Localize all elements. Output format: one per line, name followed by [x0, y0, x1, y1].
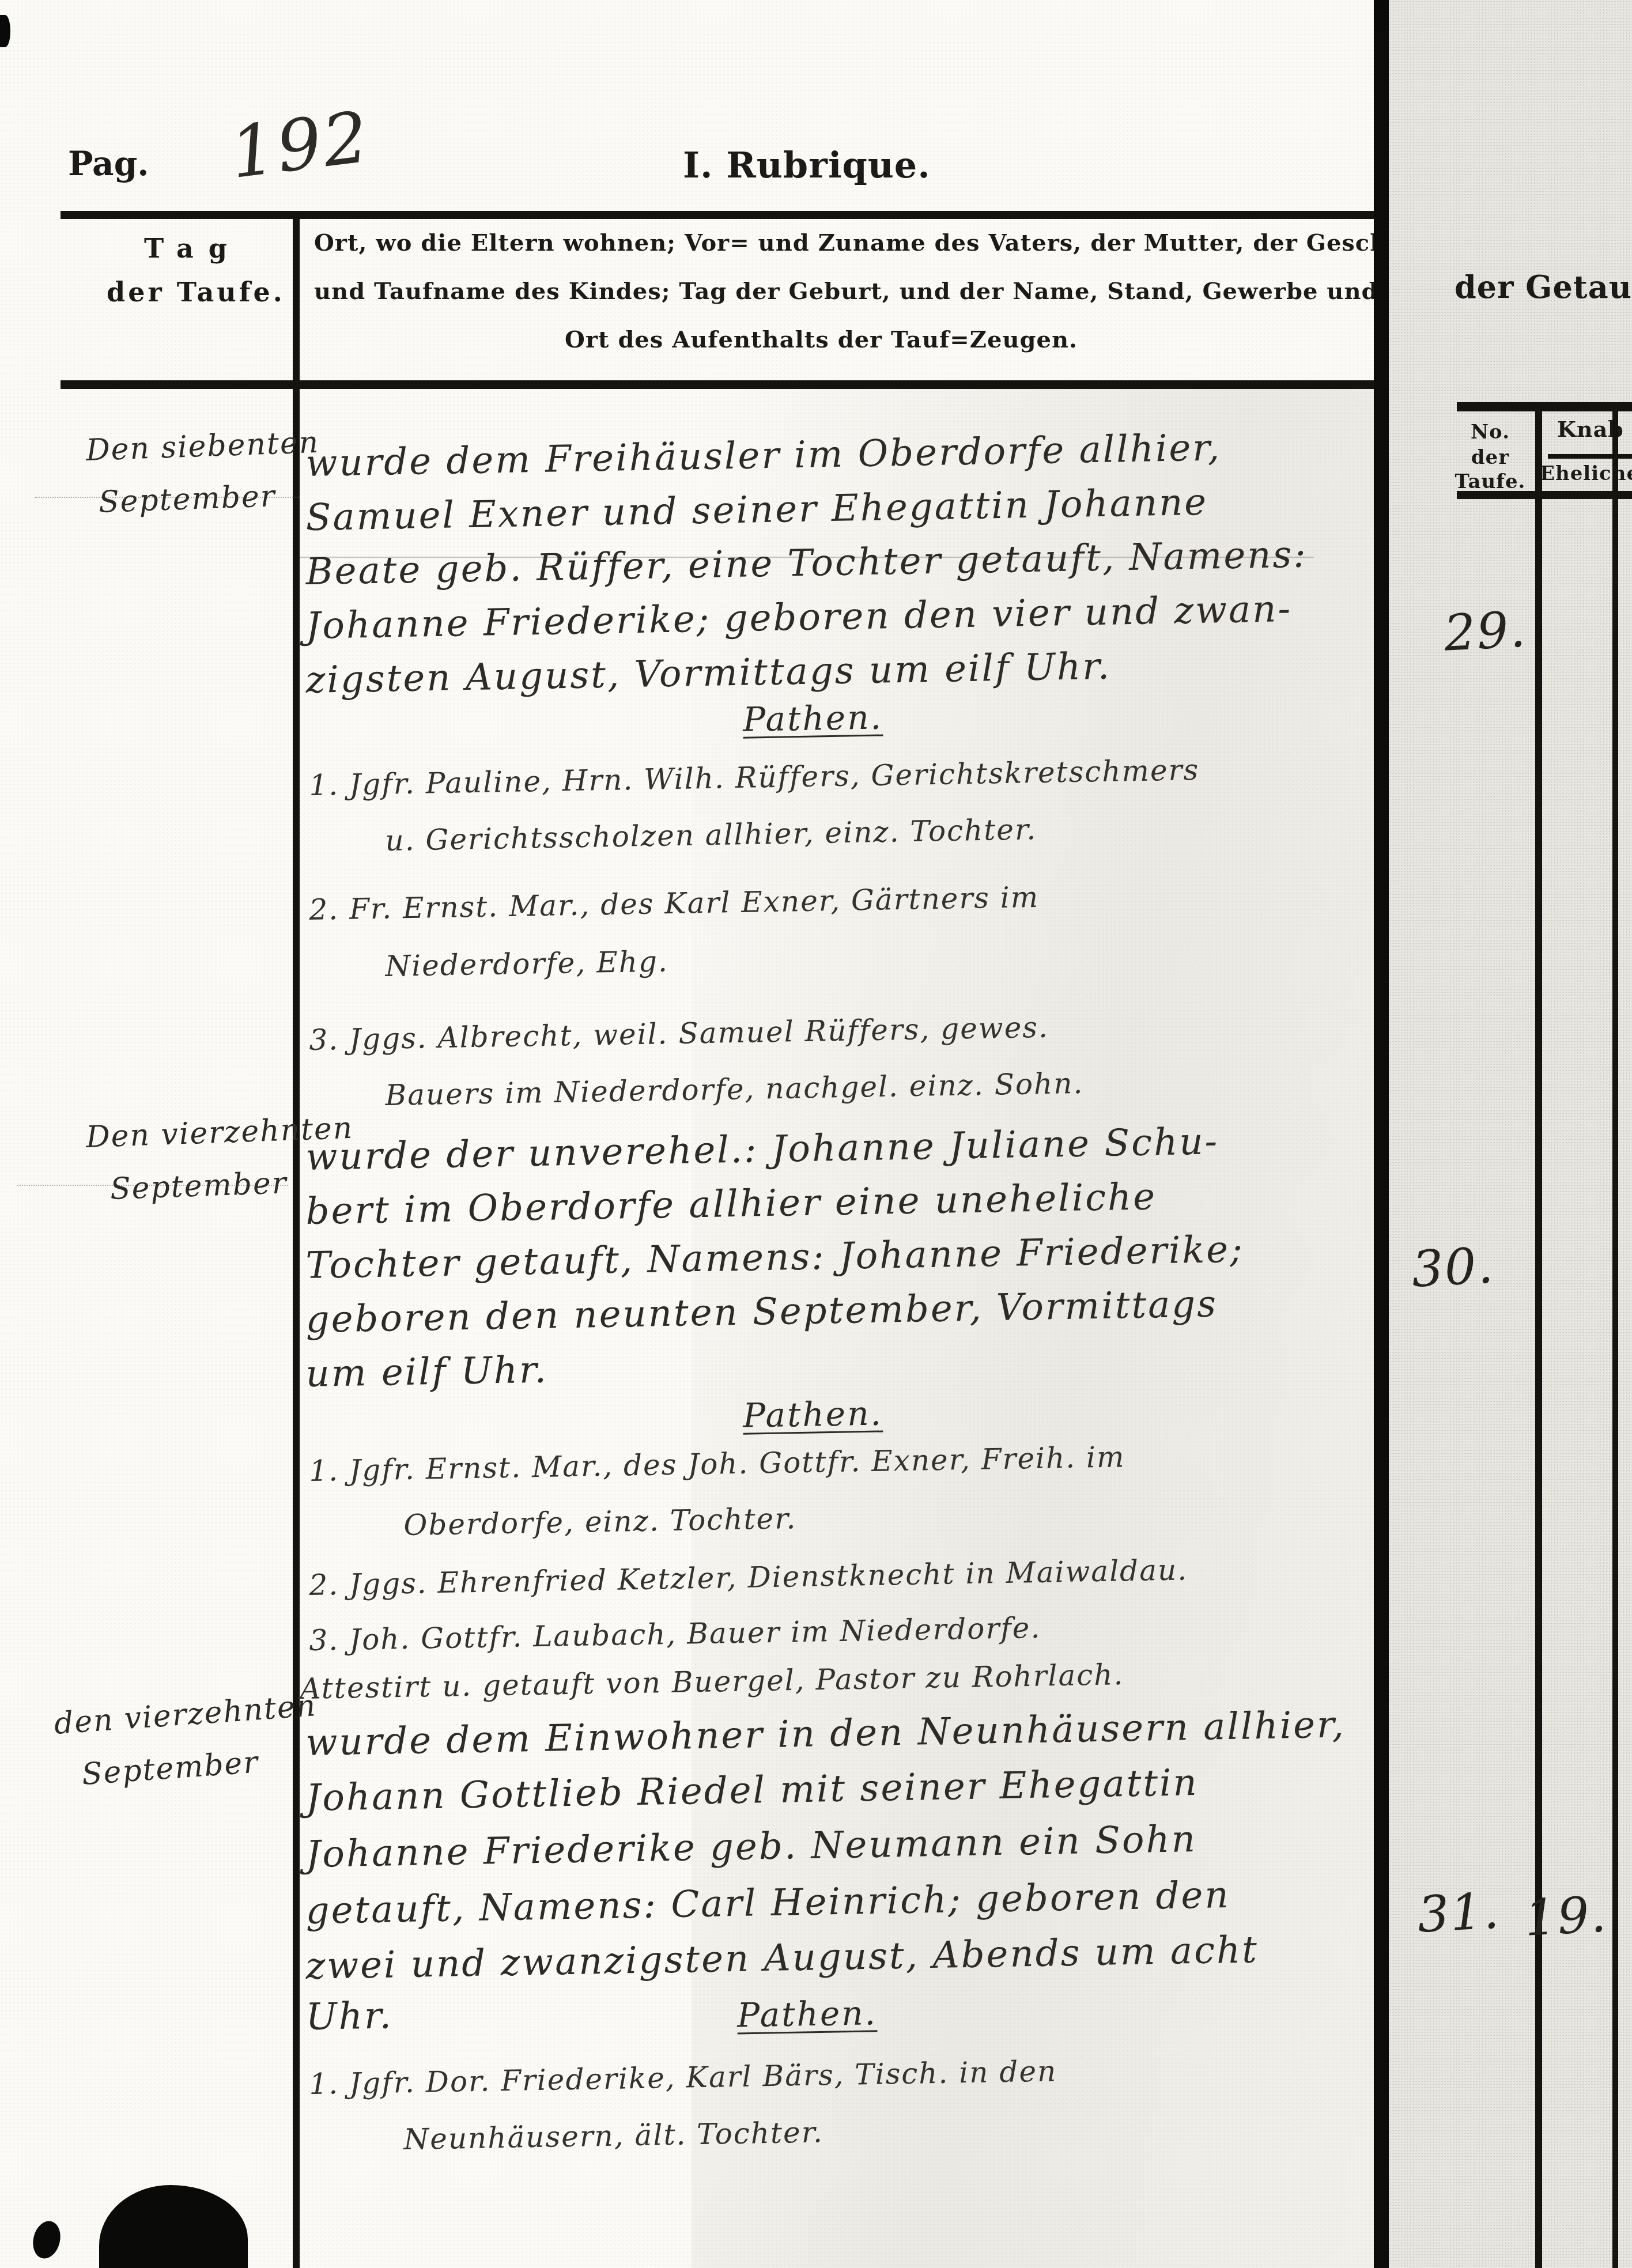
entry-3-body-line: Johann Gottlieb Riedel mit seiner Ehegat…: [305, 1762, 1199, 1820]
entry-1-witness-line: 2. Fr. Ernst. Mar., des Karl Exner, Gärt…: [309, 880, 1040, 927]
entry-1-taufe-number: 29.: [1442, 600, 1528, 662]
entry-1-witness-line: 1. Jgfr. Pauline, Hrn. Wilh. Rüffers, Ge…: [309, 753, 1200, 802]
no-col-header-line3: Taufe.: [1450, 470, 1531, 493]
entry-2-body-line: geboren den neunten September, Vormittag…: [305, 1283, 1218, 1341]
entry-3-pathen-heading: Pathen.: [519, 1990, 1095, 2039]
tag-col-header-line2: der Taufe.: [107, 277, 279, 308]
entry-1-body-line: Beate geb. Rüffer, eine Tochter getauft,…: [305, 534, 1308, 594]
entry-3-eheliche-number: 19.: [1523, 1885, 1608, 1947]
right-page-top-rule: [1457, 402, 1632, 411]
bottom-scan-blob: [99, 2185, 248, 2268]
entry-3-margin-date-line2: September: [81, 1745, 260, 1792]
right-page-header-bottom-rule: [1457, 491, 1632, 499]
entry-2-body-line: wurde der unverehel.: Johanne Juliane Sc…: [305, 1120, 1219, 1179]
entry-2-body-line: um eilf Uhr.: [305, 1349, 548, 1396]
entry-1-body-line: wurde dem Freihäusler im Oberdorfe allhi…: [305, 426, 1222, 485]
pag-label: Pag.: [68, 144, 149, 183]
top-rule: [61, 211, 1376, 219]
header-bottom-rule: [61, 380, 1376, 389]
no-col-header-line1: No.: [1450, 421, 1531, 444]
entry-3-body-line: wurde dem Einwohner in den Neunhäusern a…: [305, 1704, 1346, 1764]
entry-1-margin-date-line1: Den siebenten: [85, 425, 320, 468]
entry-2-pathen-heading: Pathen.: [305, 1386, 1320, 1443]
date-column-divider: [293, 211, 300, 2268]
entry-1-witness-line: Bauers im Niederdorfe, nachgel. einz. So…: [385, 1067, 1084, 1112]
no-col-divider: [1535, 411, 1542, 2268]
entry-2-witness-line: 1. Jgfr. Ernst. Mar., des Joh. Gottfr. E…: [309, 1440, 1125, 1488]
right-page-header: der Getauf: [1455, 269, 1632, 305]
entry-1-witness-line: 3. Jggs. Albrecht, weil. Samuel Rüffers,…: [309, 1011, 1049, 1057]
tag-col-header-line1: Tag: [107, 233, 279, 264]
entry-1-margin-date-line2: September: [98, 479, 277, 520]
entry-2-body-line: Tochter getauft, Namens: Johanne Frieder…: [305, 1228, 1244, 1287]
page-gutter: [1374, 0, 1389, 2268]
entry-2-margin-date-line2: September: [109, 1166, 288, 1207]
bottom-scan-blob-small: [29, 2218, 65, 2261]
entry-2-attestation-note: Attestirt u. getauft von Buergel, Pastor…: [300, 1658, 1124, 1706]
entry-2-witness-line: 3. Joh. Gottfr. Laubach, Bauer im Nieder…: [309, 1611, 1041, 1657]
entry-1-body-line: zigsten August, Vormittags um eilf Uhr.: [305, 645, 1112, 702]
entry-3-body-line: getauft, Namens: Carl Heinrich; geboren …: [305, 1874, 1230, 1933]
main-header-line3: Ort des Aufenthalts der Tauf=Zeugen.: [314, 326, 1328, 353]
entry-2-taufe-number: 30.: [1410, 1237, 1495, 1298]
corner-scan-mark: [0, 15, 10, 47]
entry-1-witness-line: u. Gerichtsscholzen allhier, einz. Tocht…: [385, 812, 1037, 857]
entry-3-witness-line: Neunhäusern, ält. Tochter.: [403, 2115, 823, 2156]
eheliche-col-divider: [1612, 411, 1618, 2268]
entry-3-body-line: Uhr.: [305, 1994, 393, 2039]
entry-2-body-line: bert im Oberdorfe allhier eine unehelich…: [305, 1175, 1157, 1233]
entry-1-witness-line: Niederdorfe, Ehg.: [385, 944, 668, 983]
entry-3-taufe-number: 31.: [1416, 1882, 1501, 1944]
main-header-line1: Ort, wo die Eltern wohnen; Vor= und Zuna…: [314, 229, 1328, 256]
entry-1-body-line: Johanne Friederike; geboren den vier und…: [305, 588, 1293, 648]
entry-3-body-line: Johanne Friederike geb. Neumann ein Sohn: [305, 1818, 1197, 1876]
rubrique-title: I. Rubrique.: [297, 144, 1317, 186]
entry-2-witness-line: 2. Jggs. Ehrenfried Ketzler, Dienstknech…: [309, 1553, 1188, 1602]
no-col-header-line2: der: [1450, 446, 1531, 469]
entry-1-body-line: Samuel Exner und seiner Ehegattin Johann…: [305, 481, 1208, 539]
entry-3-witness-line: 1. Jgfr. Dor. Friederike, Karl Bärs, Tis…: [309, 2054, 1057, 2101]
knaben-sub-rule: [1548, 454, 1632, 459]
entry-3-margin-date-line1: den vierzehnten: [53, 1688, 318, 1741]
entry-2-witness-line: Oberdorfe, einz. Tochter.: [403, 1502, 797, 1542]
main-header-line2: und Taufname des Kindes; Tag der Geburt,…: [314, 278, 1328, 305]
register-page-scan: Pag. 192 I. Rubrique. Tag der Taufe. Ort…: [0, 0, 1632, 2268]
entry-3-body-line: zwei und zwanzigsten August, Abends um a…: [305, 1929, 1259, 1988]
